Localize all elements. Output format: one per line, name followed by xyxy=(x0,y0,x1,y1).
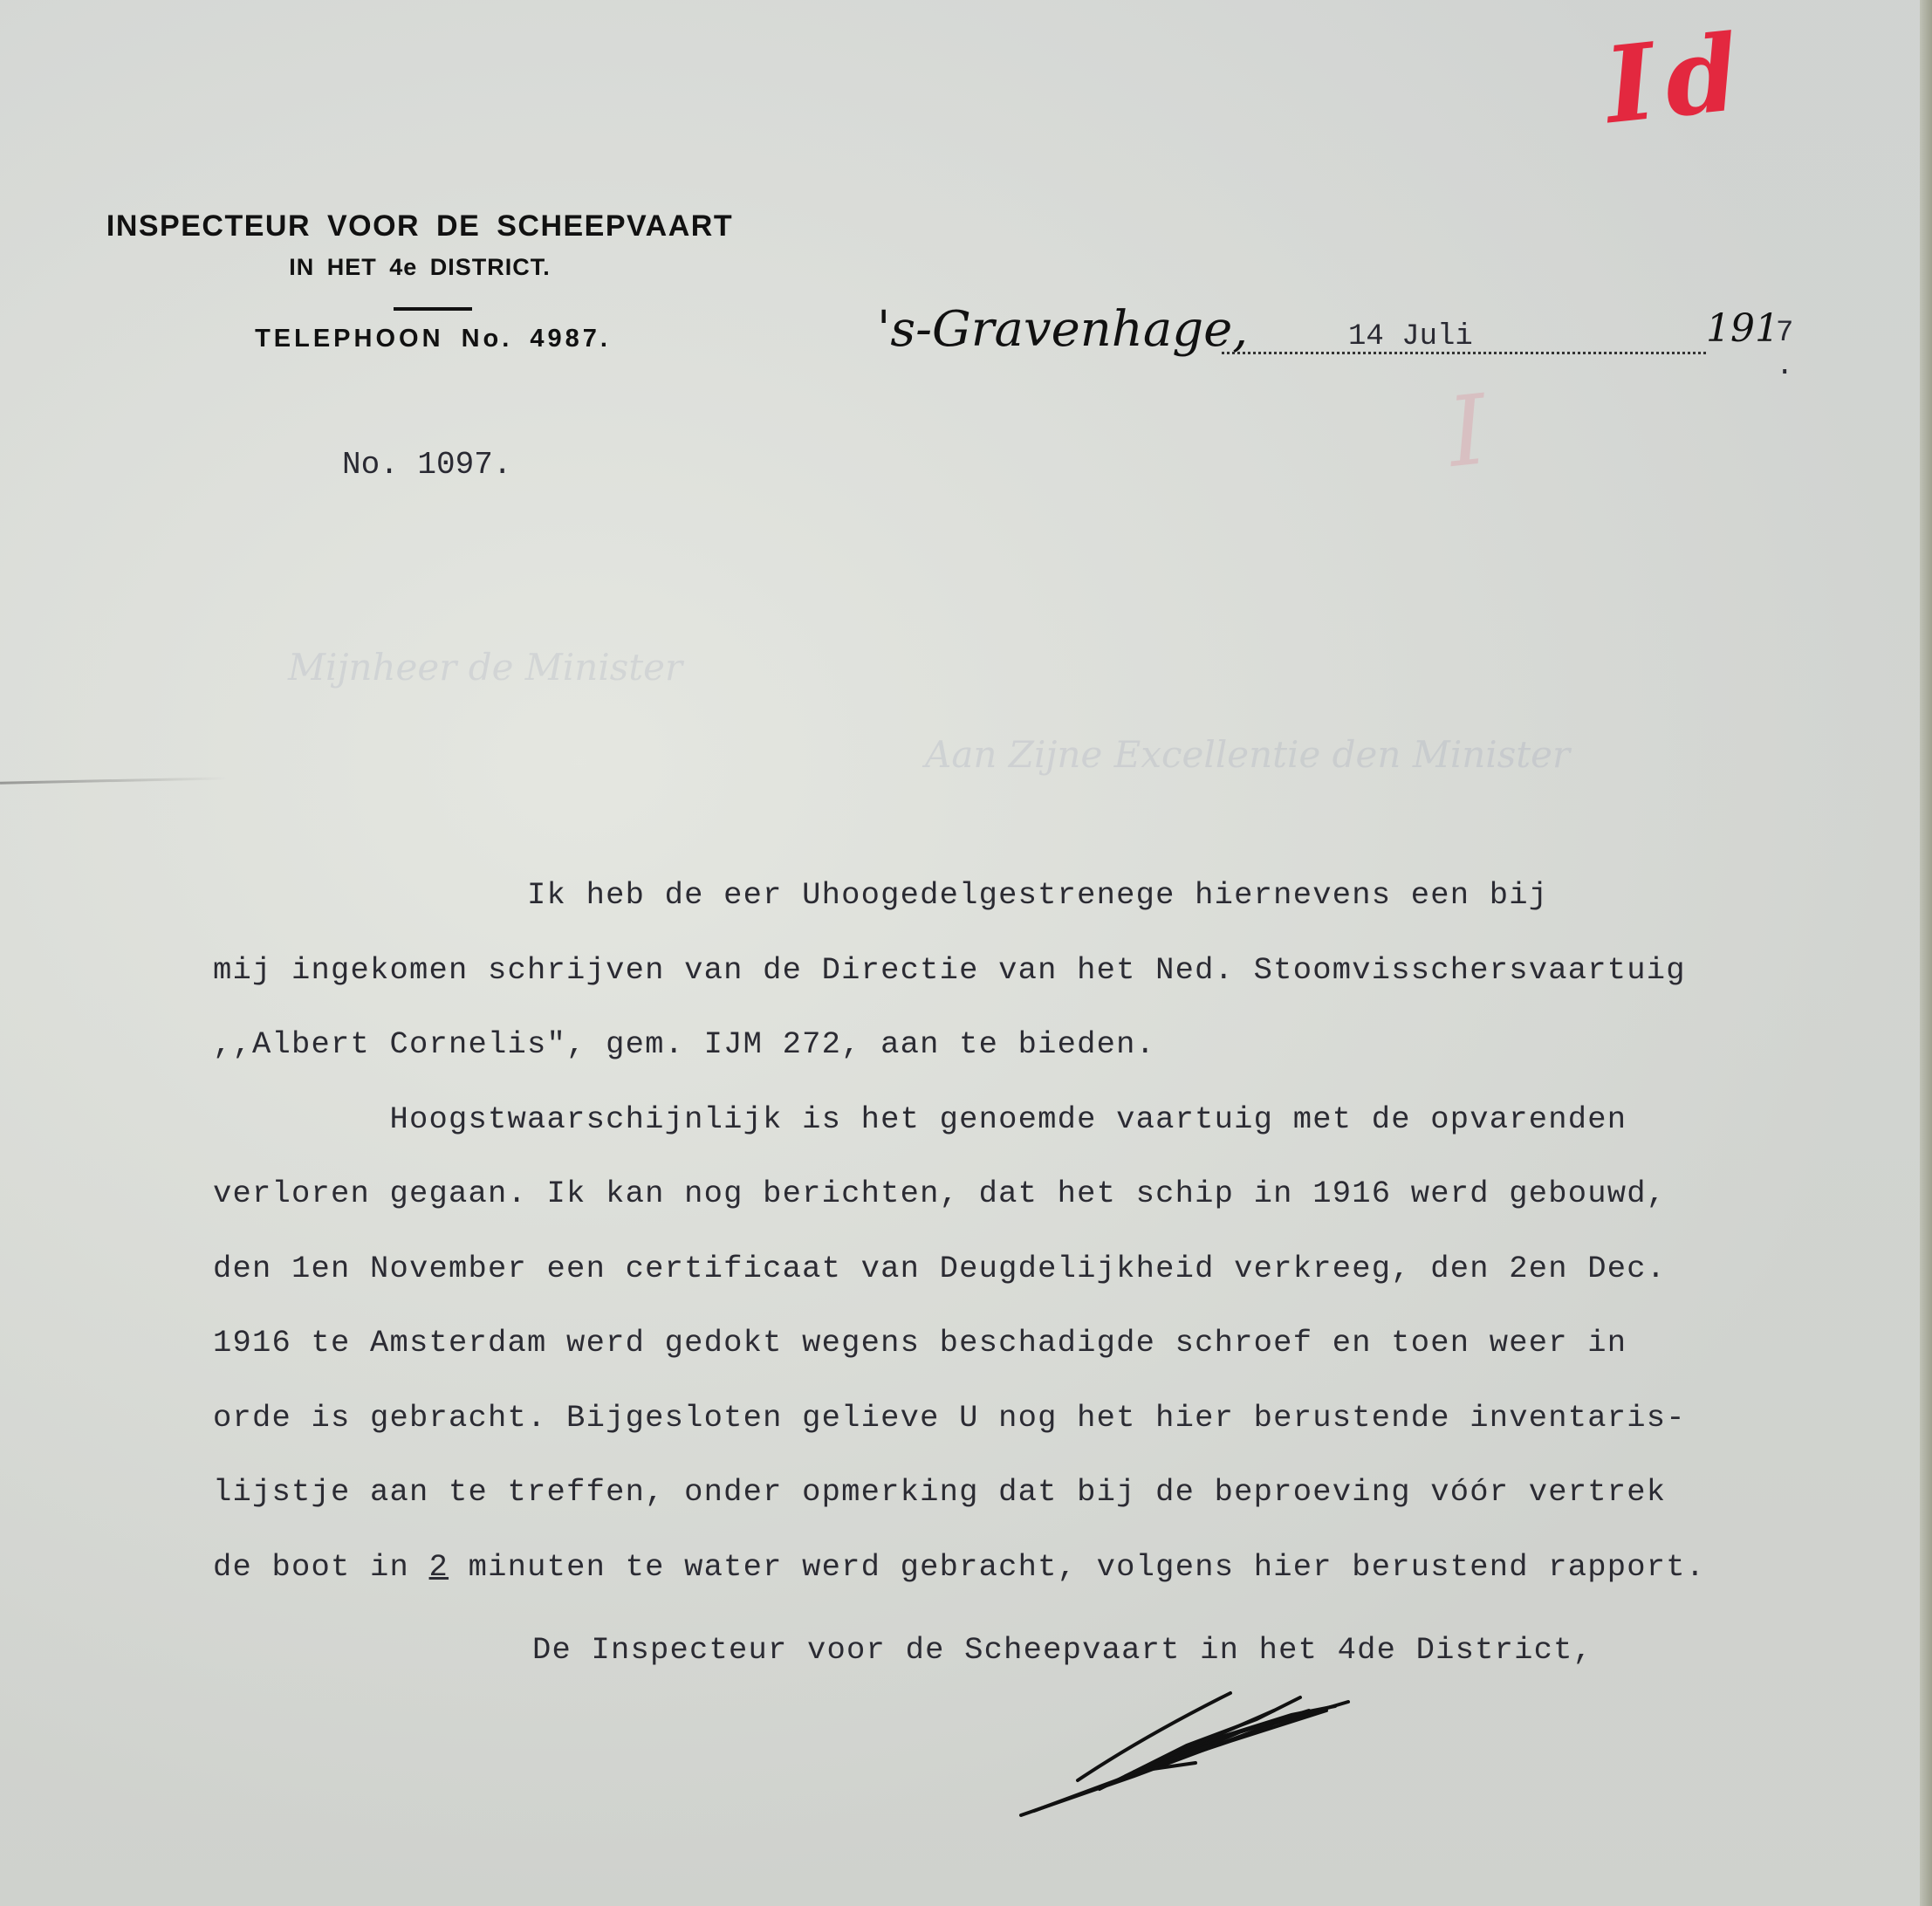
body-line-last: de boot in 2 minuten te water werd gebra… xyxy=(213,1549,1923,1624)
dateline: 's-Gravenhage, 14 Juli 191 7 . xyxy=(877,301,1828,380)
signature xyxy=(1012,1684,1379,1824)
body-line: mij ingekomen schrijven van de Directie … xyxy=(213,952,1923,1027)
body-line: den 1en November een certificaat van Deu… xyxy=(213,1251,1923,1326)
bleed-through-text: Aan Zijne Excellentie den Minister xyxy=(925,733,1570,776)
body-line: 1916 te Amsterdam werd gedokt wegens bes… xyxy=(213,1325,1923,1400)
body-text-segment: de boot in xyxy=(213,1549,429,1585)
body-line: orde is gebracht. Bijgesloten gelieve U … xyxy=(213,1400,1923,1475)
letterhead-telephone: TELEPHOON No. 4987. xyxy=(88,325,778,353)
year-typed: 7 . xyxy=(1776,317,1828,383)
body-line: ,,Albert Cornelis", gem. IJM 272, aan te… xyxy=(213,1026,1923,1101)
closing-line: De Inspecteur voor de Scheepvaart in het… xyxy=(532,1632,1593,1668)
date-typed: 14 Juli xyxy=(1348,320,1473,353)
letter-body: Ik heb de eer Uhoogedelgestrenege hierne… xyxy=(213,877,1923,1623)
letterhead: INSPECTEUR VOOR DE SCHEEPVAART IN HET 4e… xyxy=(75,209,764,353)
letterhead-district: IN HET 4e DISTRICT. xyxy=(75,254,764,281)
body-text-segment: minuten te water werd gebracht, volgens … xyxy=(449,1549,1705,1585)
bleed-through-text: Mijnheer de Minister xyxy=(288,646,682,689)
body-line: Hoogstwaarschijnlijk is het genoemde vaa… xyxy=(213,1101,1923,1176)
place-name: 's-Gravenhage, xyxy=(877,301,1248,358)
reference-number: No. 1097. xyxy=(342,447,511,483)
year-printed: 191 xyxy=(1706,306,1779,351)
body-line: lijstje aan te treffen, onder opmerking … xyxy=(213,1474,1923,1549)
body-line: Ik heb de eer Uhoogedelgestrenege hierne… xyxy=(213,877,1923,952)
body-line: verloren gegaan. Ik kan nog berichten, d… xyxy=(213,1176,1923,1251)
letterhead-rule xyxy=(394,307,472,311)
underlined-number: 2 xyxy=(429,1549,449,1585)
red-pencil-annotation: Id xyxy=(1600,10,1755,147)
letterhead-title: INSPECTEUR VOOR DE SCHEEPVAART xyxy=(75,209,764,243)
